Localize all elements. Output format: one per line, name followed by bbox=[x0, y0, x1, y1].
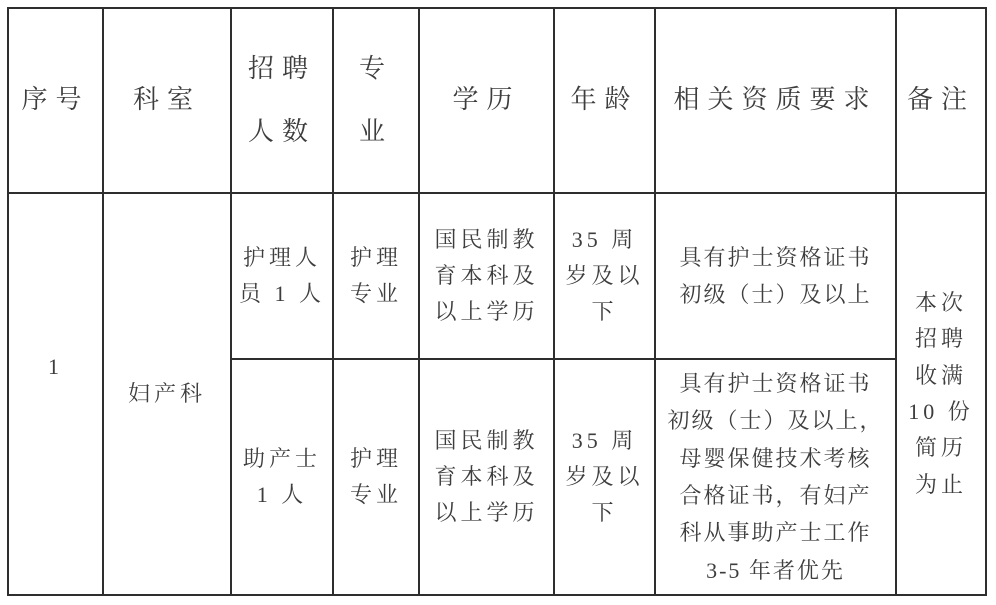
cell-xuhao: 1 bbox=[8, 193, 103, 595]
cell-xueli-2: 国民制教 育本科及 以上学历 bbox=[419, 359, 554, 595]
column-header-nianling: 年龄 bbox=[554, 8, 655, 193]
table-header-row: 序号 科室 招聘 人数 专 业 学历 年龄 相关资质要求 备注 bbox=[8, 8, 986, 193]
cell-keshi: 妇产科 bbox=[103, 193, 231, 595]
column-header-beizhu: 备注 bbox=[896, 8, 986, 193]
recruitment-table: 序号 科室 招聘 人数 专 业 学历 年龄 相关资质要求 备注 1 妇产科 护理… bbox=[7, 7, 987, 596]
cell-renshu-2: 助产士 1 人 bbox=[231, 359, 333, 595]
cell-renshu-1: 护理人 员 1 人 bbox=[231, 193, 333, 359]
cell-zhuanye-2: 护理 专业 bbox=[333, 359, 419, 595]
column-header-zizhi: 相关资质要求 bbox=[655, 8, 896, 193]
column-header-renshu: 招聘 人数 bbox=[231, 8, 333, 193]
cell-nianling-1: 35 周 岁及以 下 bbox=[554, 193, 655, 359]
cell-xueli-1: 国民制教 育本科及 以上学历 bbox=[419, 193, 554, 359]
cell-zizhi-2: 具有护士资格证书 初级（士）及以上， 母婴保健技术考核 合格证书，有妇产 科从事… bbox=[655, 359, 896, 595]
column-header-xuhao: 序号 bbox=[8, 8, 103, 193]
cell-beizhu: 本次 招聘 收满 10 份 简历 为止 bbox=[896, 193, 986, 595]
cell-zhuanye-1: 护理 专业 bbox=[333, 193, 419, 359]
column-header-xueli: 学历 bbox=[419, 8, 554, 193]
column-header-zhuanye: 专 业 bbox=[333, 8, 419, 193]
cell-nianling-2: 35 周 岁及以 下 bbox=[554, 359, 655, 595]
document-page: 序号 科室 招聘 人数 专 业 学历 年龄 相关资质要求 备注 1 妇产科 护理… bbox=[0, 0, 996, 605]
xuhao-value: 1 bbox=[48, 349, 63, 385]
column-header-keshi: 科室 bbox=[103, 8, 231, 193]
cell-zizhi-1: 具有护士资格证书 初级（士）及以上 bbox=[655, 193, 896, 359]
table-row-position-1: 1 妇产科 护理人 员 1 人 护理 专业 国民制教 育本科及 以上学历 35 … bbox=[8, 193, 986, 359]
